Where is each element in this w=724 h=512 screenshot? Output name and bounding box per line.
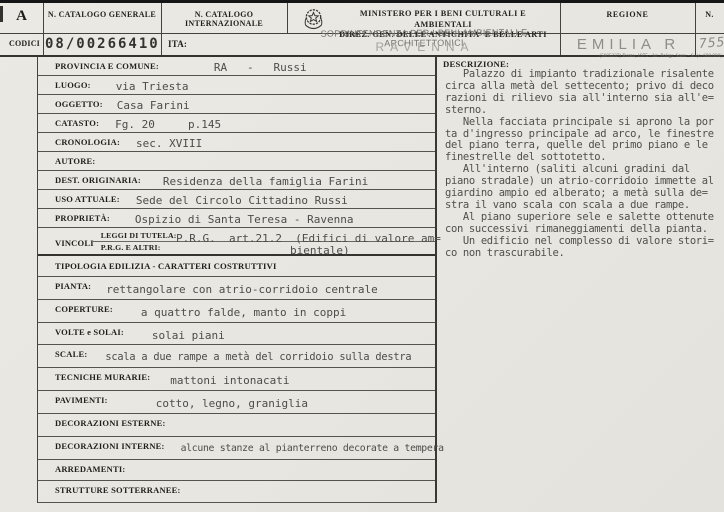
field-row-uso-attuale: USO ATTUALE: Sede del Circolo Cittadino …: [38, 190, 435, 209]
field-row-pavimenti: PAVIMENTI: cotto, legno, graniglia: [38, 391, 435, 414]
field-label: DECORAZIONI ESTERNE:: [55, 418, 166, 428]
field-row-oggetto: OGGETTO: Casa Farini: [38, 95, 435, 114]
field-row-proprieta: PROPRIETÀ: Ospizio di Santa Teresa - Rav…: [38, 209, 435, 228]
print-imprint-note: (5605237) Roma, 1975 - Ist. Poligr. Stat…: [558, 54, 722, 59]
field-label: PIANTA:: [55, 281, 91, 291]
field-row-luogo: LUOGO: via Triesta: [38, 76, 435, 95]
field-row-autore: AUTORE:: [38, 152, 435, 171]
field-label: LUOGO:: [55, 80, 91, 90]
field-value: rettangolare con atrio-corridoio central…: [106, 283, 378, 296]
field-row-pianta: PIANTA: rettangolare con atrio-corridoio…: [38, 277, 435, 300]
field-row-coperture: COPERTURE: a quattro falde, manto in cop…: [38, 300, 435, 323]
field-row-arredamenti: ARREDAMENTI:: [38, 460, 435, 481]
field-label: STRUTTURE SOTTERRANEE:: [55, 485, 181, 495]
field-row-catasto: CATASTO: Fg. 20 p.145: [38, 114, 435, 133]
field-value: cotto, legno, graniglia: [156, 397, 308, 410]
scan-edge-top: [0, 0, 724, 3]
card-type-letter: A: [0, 8, 43, 25]
codici-label: CODICI: [0, 39, 40, 48]
field-value: Sede del Circolo Cittadino Russi: [136, 194, 348, 207]
field-label: VOLTE e SOLAI:: [55, 327, 124, 337]
catalogo-internazionale-label: N. CATALOGO INTERNAZIONALE: [161, 10, 287, 28]
field-label: OGGETTO:: [55, 99, 103, 109]
field-label: CRONOLOGIA:: [55, 137, 120, 147]
field-value: alcune stanze al pianterreno decorate a …: [181, 443, 444, 454]
codici-value: 08/00266410: [45, 36, 160, 52]
regione-stamp-value: EMILIA R: [562, 36, 695, 53]
field-row-volte-solai: VOLTE e SOLAI: solai piani: [38, 323, 435, 345]
field-row-tecniche-murarie: TECNICHE MURARIE: mattoni intonacati: [38, 368, 435, 391]
field-label: AUTORE:: [55, 156, 95, 166]
numero-handwritten-value: 755: [699, 35, 724, 52]
field-row-strutture-sotterranee: STRUTTURE SOTTERRANEE:: [38, 481, 435, 503]
field-value: Casa Farini: [117, 99, 190, 112]
regione-label: REGIONE: [560, 10, 695, 19]
field-value: via Triesta: [116, 80, 189, 93]
section-header-tipologia: TIPOLOGIA EDILIZIA - CARATTERI COSTRUTTI…: [38, 256, 435, 277]
field-label: PAVIMENTI:: [55, 395, 108, 405]
numero-label: N.: [695, 10, 724, 19]
field-value: sec. XVIII: [136, 137, 202, 150]
field-value: Ospizio di Santa Teresa - Ravenna: [135, 213, 354, 226]
field-label: TECNICHE MURARIE:: [55, 372, 150, 382]
field-label: DECORAZIONI INTERNE:: [55, 441, 165, 451]
field-value: Fg. 20 p.145: [115, 118, 221, 131]
field-row-decorazioni-interne: DECORAZIONI INTERNE: alcune stanze al pi…: [38, 437, 435, 460]
catalogo-generale-label: N. CATALOGO GENERALE: [43, 10, 161, 19]
field-label: DEST. ORIGINARIA:: [55, 175, 141, 185]
field-value: solai piani: [152, 329, 225, 342]
field-label: SCALE:: [55, 349, 87, 359]
vincoli-sublabels: LEGGI DI TUTELA: P.R.G. E ALTRI:: [101, 228, 181, 252]
field-row-cronologia: CRONOLOGIA: sec. XVIII: [38, 133, 435, 152]
field-label: CATASTO:: [55, 118, 99, 128]
fields-column: PROVINCIA E COMUNE: RA - Russi LUOGO: vi…: [38, 57, 435, 503]
field-row-vincoli: VINCOLI LEGGI DI TUTELA: P.R.G. E ALTRI:…: [38, 228, 435, 256]
field-label: USO ATTUALE:: [55, 194, 120, 204]
field-value: RA - Russi: [214, 61, 307, 74]
description-divider: [435, 57, 437, 503]
field-label: PROVINCIA E COMUNE:: [55, 61, 159, 71]
field-row-provincia-comune: PROVINCIA E COMUNE: RA - Russi: [38, 57, 435, 76]
field-value: scala a due rampe a metà del corridoio s…: [105, 351, 411, 363]
catalog-card-scan: A N. CATALOGO GENERALE N. CATALOGO INTER…: [0, 0, 724, 512]
vincoli-sublabel-tutela: LEGGI DI TUTELA:: [101, 231, 181, 240]
field-label: ARREDAMENTI:: [55, 464, 125, 474]
field-label: COPERTURE:: [55, 304, 113, 314]
field-value: Residenza della famiglia Farini: [163, 175, 368, 188]
field-row-dest-originaria: DEST. ORIGINARIA: Residenza della famigl…: [38, 171, 435, 190]
descrizione-text: Palazzo di impianto tradizionale risalen…: [445, 69, 721, 260]
section-header-label: TIPOLOGIA EDILIZIA - CARATTERI COSTRUTTI…: [55, 261, 277, 271]
field-row-decorazioni-esterne: DECORAZIONI ESTERNE:: [38, 414, 435, 437]
field-value: mattoni intonacati: [170, 374, 289, 387]
field-value: a quattro falde, manto in coppi: [141, 306, 346, 319]
field-row-scale: SCALE: scala a due rampe a metà del corr…: [38, 345, 435, 368]
field-label: PROPRIETÀ:: [55, 213, 110, 223]
vincoli-sublabel-prg: P.R.G. E ALTRI:: [101, 243, 181, 252]
field-label: VINCOLI: [55, 238, 94, 248]
ravenna-stamp: RAVENNA: [340, 40, 510, 54]
ita-label: ITA:: [168, 39, 187, 49]
